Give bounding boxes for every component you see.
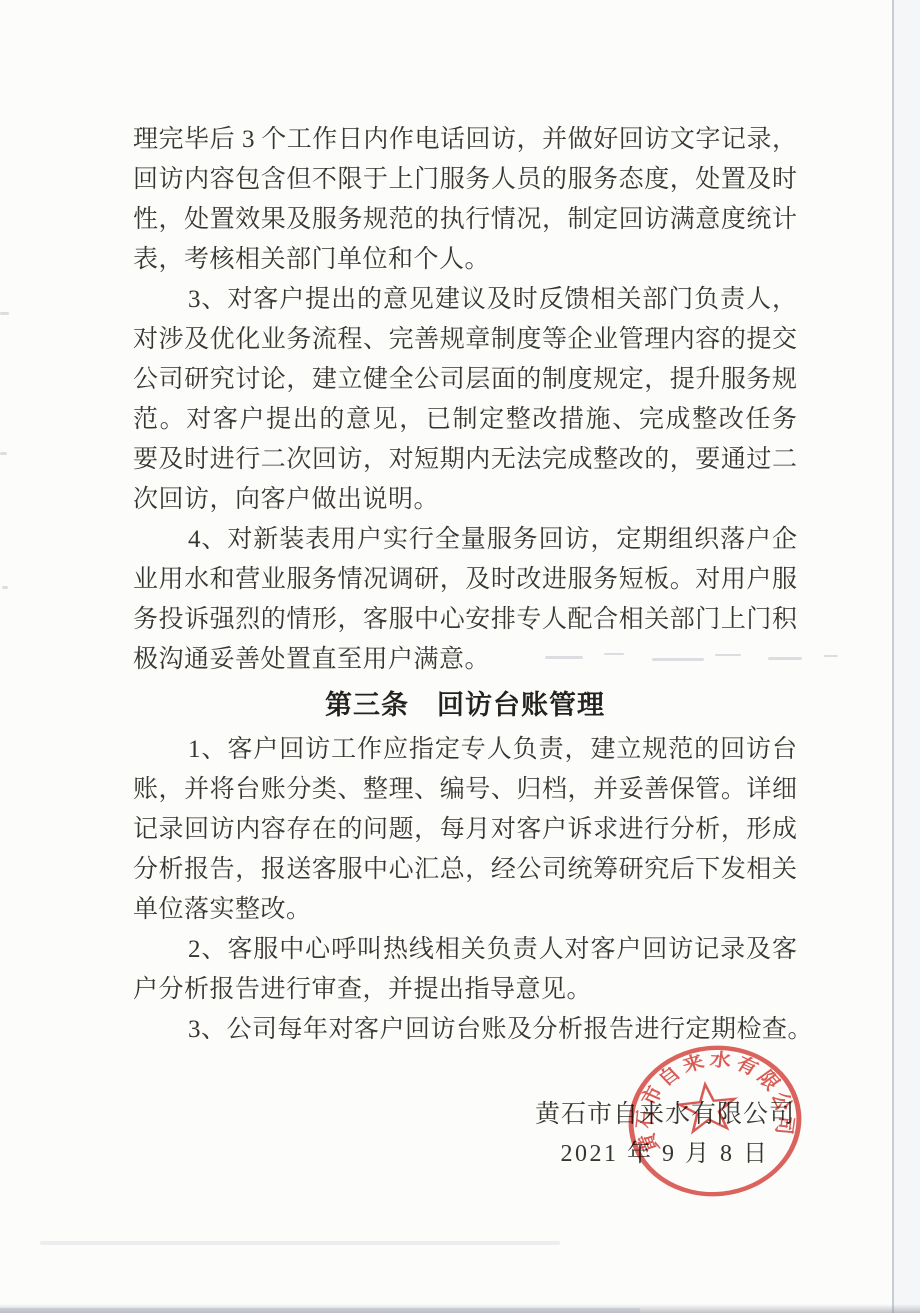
section-heading: 第三条 回访台账管理 [133,680,797,730]
scan-artifact [0,452,7,455]
text-line: 业用水和营业服务情况调研，及时改进服务短板。对用户服 [133,560,797,600]
scan-artifact [652,658,704,661]
scanned-document-page: 理完毕后 3 个工作日内作电话回访，并做好回访文字记录，回访内容包含但不限于上门… [0,0,920,1313]
seal-star-icon [678,1082,738,1133]
text-line: 4、对新装表用户实行全量服务回访，定期组织落户企 [133,520,797,560]
text-line: 次回访，向客户做出说明。 [133,480,797,520]
document-body: 理完毕后 3 个工作日内作电话回访，并做好回访文字记录，回访内容包含但不限于上门… [133,120,797,1050]
text-line: 公司研究讨论，建立健全公司层面的制度规定，提升服务规 [133,360,797,400]
scan-artifact [715,654,741,656]
text-line: 表，考核相关部门单位和个人。 [133,240,797,280]
text-line: 单位落实整改。 [133,890,797,930]
text-line: 账，并将台账分类、整理、编号、归档，并妥善保管。详细 [133,770,797,810]
text-line: 3、对客户提出的意见建议及时反馈相关部门负责人， [133,280,797,320]
text-line: 分析报告，报送客服中心汇总，经公司统筹研究后下发相关 [133,850,797,890]
scan-artifact [768,657,802,660]
scan-artifact [604,653,624,655]
text-line: 要及时进行二次回访，对短期内无法完成整改的，要通过二 [133,440,797,480]
text-line: 对涉及优化业务流程、完善规章制度等企业管理内容的提交 [133,320,797,360]
scan-artifact [2,586,8,589]
text-line: 1、客户回访工作应指定专人负责，建立规范的回访台 [133,730,797,770]
scan-artifact [824,655,838,657]
text-line: 务投诉强烈的情形，客服中心安排专人配合相关部门上门积 [133,600,797,640]
text-line: 范。对客户提出的意见，已制定整改措施、完成整改任务的， [133,400,797,440]
text-line: 户分析报告进行审查，并提出指导意见。 [133,970,797,1010]
text-line: 2、客服中心呼叫热线相关负责人对客户回访记录及客 [133,930,797,970]
scan-artifact [0,312,9,315]
scan-artifact [40,1241,560,1245]
text-line: 记录回访内容存在的问题，每月对客户诉求进行分析，形成 [133,810,797,850]
scan-bottom-shadow [0,1308,640,1313]
text-line: 理完毕后 3 个工作日内作电话回访，并做好回访文字记录， [133,120,797,160]
scan-paper-edge [892,0,920,1313]
text-line: 回访内容包含但不限于上门服务人员的服务态度，处置及时 [133,160,797,200]
text-line: 性，处置效果及服务规范的执行情况，制定回访满意度统计 [133,200,797,240]
company-seal: 黄石市自来水有限公司 [622,1040,808,1202]
scan-artifact [545,656,583,659]
